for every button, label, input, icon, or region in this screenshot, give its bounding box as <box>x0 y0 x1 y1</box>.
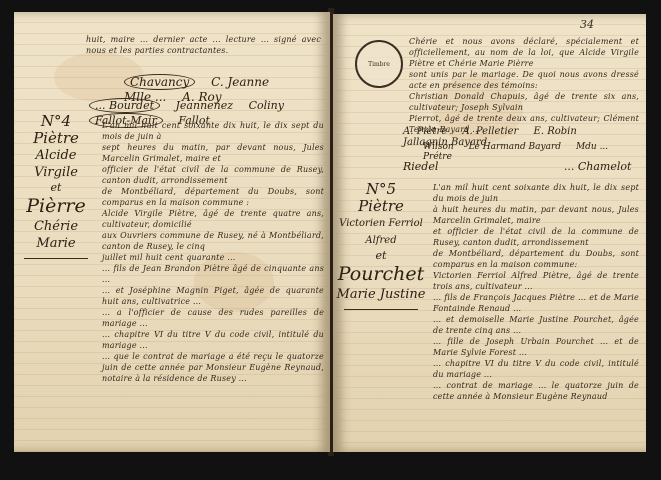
bride-surname: Pourchet <box>335 262 427 286</box>
conjunction: et <box>335 249 427 262</box>
entry-number: N°5 <box>335 180 427 198</box>
entry-number: N°4 <box>16 112 96 130</box>
bride-given-names: Marie Justine <box>335 286 427 303</box>
signature: C. Jeanne <box>211 75 269 89</box>
divider <box>344 309 418 310</box>
signature: A. Piètre <box>403 126 447 137</box>
groom-given-names: Alcide Virgile <box>16 147 96 181</box>
margin-entry-4: N°4 Piètre Alcide Virgile et Pièrre Chér… <box>16 112 96 259</box>
closing-text: huit, maire ... dernier acte ... lecture… <box>86 34 321 56</box>
signature: ... Bourdet <box>89 98 160 113</box>
groom-given-names: Victorien Ferriol Alfred <box>335 215 427 249</box>
closing-text: Chérie et nous avons déclaré, spécialeme… <box>409 36 639 135</box>
signature: Mdu ... <box>576 142 608 152</box>
folio-number: 34 <box>580 18 594 31</box>
signatures-row: Riedel ... Chamelot <box>403 160 643 173</box>
tax-stamp-icon: Timbre <box>355 40 403 88</box>
left-page: huit, maire ... dernier acte ... lecture… <box>14 12 330 452</box>
margin-entry-5: N°5 Piètre Victorien Ferriol Alfred et P… <box>335 180 427 310</box>
signature: Riedel <box>403 160 438 173</box>
signature: Le Harmand Bayard <box>469 142 562 152</box>
divider <box>24 258 88 259</box>
right-page: 34 Timbre Chérie et nous avons déclaré, … <box>333 14 646 452</box>
marriage-act-text: L'an mil huit cent soixante dix huit, le… <box>102 120 324 384</box>
signature: A. Pelletier <box>462 126 518 137</box>
groom-surname: Piètre <box>16 130 96 147</box>
signature: Coliny <box>249 99 284 112</box>
signatures-row: Wilson Le Harmand Bayard Mdu ... Prétre <box>423 142 646 162</box>
conjunction: et <box>16 181 96 194</box>
signature: Chavancy <box>124 74 195 90</box>
bride-given-names: Chérie Marie <box>16 218 96 252</box>
signature: ... Chamelot <box>564 160 632 173</box>
signature: Wilson <box>423 142 454 152</box>
signature: E. Robin <box>534 126 577 137</box>
groom-surname: Piètre <box>335 198 427 215</box>
bride-surname: Pièrre <box>16 194 96 218</box>
signature: Jeannenez <box>176 99 234 112</box>
marriage-act-text: L'an mil huit cent soixante dix huit, le… <box>433 182 639 402</box>
